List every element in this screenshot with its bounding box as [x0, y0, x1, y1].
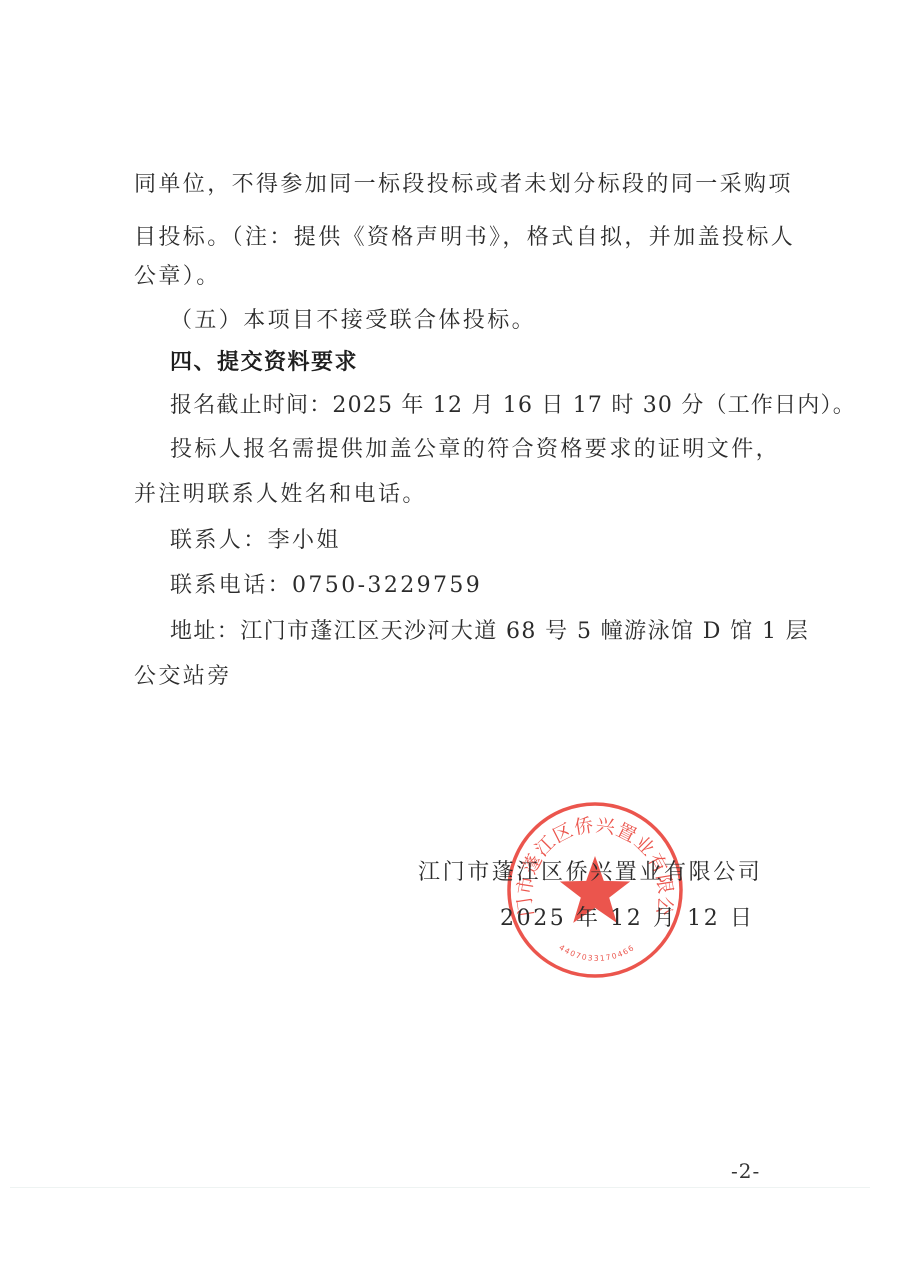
seal-code: 4407033170466 — [557, 943, 636, 963]
body-line: （五）本项目不接受联合体投标。 — [170, 306, 536, 336]
requirement-text: 并注明联系人姓名和电话。 — [134, 480, 427, 510]
contact-phone: 联系电话：0750-3229759 — [170, 571, 482, 601]
address-text: 公交站旁 — [134, 662, 232, 692]
address-text: 地址：江门市蓬江区天沙河大道 68 号 5 幢游泳馆 D 馆 1 层 — [170, 617, 809, 647]
footer-rule — [10, 1187, 870, 1188]
company-seal-icon: 江门市蓬江区侨兴置业有限公司 4407033170466 — [505, 800, 685, 980]
requirement-text: 投标人报名需提供加盖公章的符合资格要求的证明文件， — [170, 435, 780, 465]
svg-text:4407033170466: 4407033170466 — [557, 943, 636, 963]
contact-person: 联系人：李小姐 — [170, 526, 341, 556]
document-page: 同单位，不得参加同一标段投标或者未划分标段的同一采购项 目投标。（注：提供《资格… — [0, 0, 900, 1272]
page-number: -2- — [731, 1158, 760, 1184]
signature-company: 江门市蓬江区侨兴置业有限公司 — [418, 858, 762, 888]
body-line: 目投标。（注：提供《资格声明书》，格式自拟，并加盖投标人 — [134, 223, 795, 253]
body-line: 同单位，不得参加同一标段投标或者未划分标段的同一采购项 — [134, 170, 793, 200]
deadline-text: 报名截止时间：2025 年 12 月 16 日 17 时 30 分（工作日内）。 — [170, 391, 856, 421]
section-heading: 四、提交资料要求 — [170, 348, 358, 378]
signature-date: 2025 年 12 月 12 日 — [500, 904, 755, 934]
body-line: 公章）。 — [134, 262, 221, 292]
